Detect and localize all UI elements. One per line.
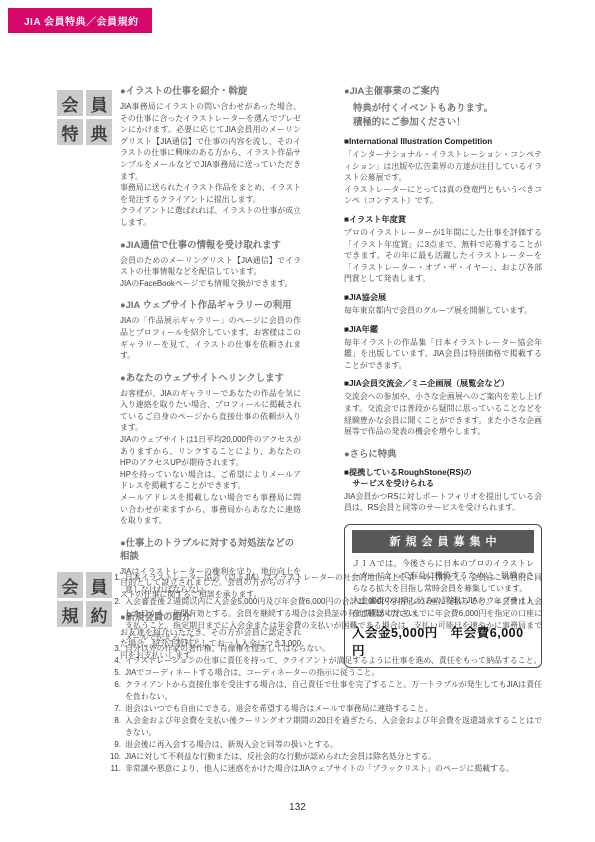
benefit-heading: ●JIA ウェブサイト作品ギャラリーの利用 — [120, 298, 301, 311]
benefit-heading: ●イラストの仕事を紹介・斡旋 — [120, 84, 301, 97]
rule-item: 4. イラストレーションの仕事に責任を持って、クライアントが満足するように仕事を… — [104, 655, 542, 667]
benefits-section-label: 会 員 特 典 — [57, 90, 112, 145]
rule-item: 7. 退会はいつでも自由にできる。退会を希望する場合はメールで事務局に連絡するこ… — [104, 703, 542, 715]
benefit-heading: ●仕事上のトラブルに対する対処法などの相談 — [120, 536, 301, 562]
benefit-heading: ●JIA通信で仕事の情報を受け取れます — [120, 238, 301, 251]
rule-number: 1. — [104, 572, 121, 596]
partner-heading: ■提携しているRoughStone(RS)の サービスを受けられる — [344, 467, 542, 489]
rule-item: 10. JIAに対して不利益な行動または、反社会的な行動が認められた会員は除名処… — [104, 751, 542, 763]
rule-item: 6. クライアントから直接仕事を受注する場合は、自己責任で仕事を完了すること。万… — [104, 679, 542, 703]
rule-text: 入会金および年会費を支払い後クーリングオフ期間の20日を過ぎたら、入会金および年… — [125, 715, 542, 739]
benefit-body: お客様が、JIAのギャラリーであなたの作品を気に入り連絡を取りたい場合、プロフィ… — [120, 388, 301, 527]
rule-text: イラストレーションの仕事に責任を持って、クライアントが満足するように仕事を進め、… — [125, 655, 542, 667]
rule-item: 2. 入会審査後２週間以内に入会金5,000円及び年会費6,000円の合計11,… — [104, 596, 542, 644]
document-page: JIA 会員特典／会員規約 会 員 特 典 ●イラストの仕事を紹介・斡旋 JIA… — [0, 0, 595, 842]
events-intro-sub: 特典が付くイベントもあります。 積極的にご参加ください！ — [353, 101, 542, 129]
event-heading: ■JIA会員交流会／ミニ企画展（展覧会など） — [344, 378, 542, 389]
events-intro-heading: ●JIA主催事業のご案内 — [344, 84, 542, 97]
rule-number: 6. — [104, 679, 121, 703]
rule-text: 日本イラストレーター協会（以下JIA）はイラストレーターの社会的地位向上を第一の… — [125, 572, 542, 596]
recruitment-title-bar: 新規会員募集中 — [352, 530, 534, 553]
rule-number: 9. — [104, 739, 121, 751]
benefits-label-char: 典 — [86, 119, 112, 145]
page-number: 132 — [0, 802, 595, 813]
rule-item: 11. 非常識や悪意により、他人に迷惑をかけた場合はJIAウェブサイトの「ブラッ… — [104, 763, 542, 775]
event-heading: ■International Illustration Competition — [344, 136, 542, 147]
rule-number: 5. — [104, 667, 121, 679]
benefit-body: 会員のためのメーリングリスト【JIA通信】でイラストの仕事情報などを配信していま… — [120, 255, 301, 290]
event-body: プロのイラストレーターが1年間にした仕事を評価する「イラスト年度賞」に3点まで、… — [344, 227, 542, 285]
event-heading: ■JIA年鑑 — [344, 324, 542, 335]
benefit-body: JIA事務局にイラストの問い合わせがあった場合、その仕事に合ったイラストレーター… — [120, 101, 301, 229]
rule-item: 9. 退会後に再入会する場合は、新規入会と同等の扱いとする。 — [104, 739, 542, 751]
benefit-body: JIAの「作品展示ギャラリー」のページに会員の作品とプロフィールを紹介しています… — [120, 315, 301, 361]
rule-number: 10. — [104, 751, 121, 763]
rule-item: 8. 入会金および年会費を支払い後クーリングオフ期間の20日を過ぎたら、入会金お… — [104, 715, 542, 739]
event-body: 「インターナショナル・イラストレーション・コンペティション」は出版や広告業界の方… — [344, 149, 542, 207]
rule-number: 8. — [104, 715, 121, 739]
rule-number: 11. — [104, 763, 121, 775]
rule-number: 7. — [104, 703, 121, 715]
event-heading: ■JIA協会展 — [344, 292, 542, 303]
rule-text: JIAでコーディネートする場合は、コーディネーターの指示に従うこと。 — [125, 667, 542, 679]
rule-number: 2. — [104, 596, 121, 644]
benefits-label-char: 特 — [57, 119, 83, 145]
event-body: 毎年東京都内で会員のグループ展を開催しています。 — [344, 305, 542, 317]
event-body: 毎年イラストの作品集「日本イラストレーター協会年鑑」を出版しています。JIA会員… — [344, 337, 542, 372]
rule-text: 入会審査後２週間以内に入会金5,000円及び年会費6,000円の合計11,000… — [125, 596, 542, 644]
more-benefits-heading: ●さらに特典 — [344, 447, 542, 460]
rule-text: 自分以外の作家の著作権、肖像権を侵害してはならない。 — [125, 643, 542, 655]
rule-number: 4. — [104, 655, 121, 667]
benefits-label-char: 会 — [57, 90, 83, 116]
rule-text: クライアントから直接仕事を受注する場合は、自己責任で仕事を完了すること。万一トラ… — [125, 679, 542, 703]
benefits-label-char: 員 — [86, 90, 112, 116]
rules-label-char: 会 — [57, 572, 83, 598]
event-body: 交流会への参加や、小さな企画展へのご案内を差し上げます。交流会では普段から疑問に… — [344, 391, 542, 437]
rules-list: 1. 日本イラストレーター協会（以下JIA）はイラストレーターの社会的地位向上を… — [104, 572, 542, 774]
rule-item: 5. JIAでコーディネートする場合は、コーディネーターの指示に従うこと。 — [104, 667, 542, 679]
rule-text: 退会はいつでも自由にできる。退会を希望する場合はメールで事務局に連絡すること。 — [125, 703, 542, 715]
rule-item: 3. 自分以外の作家の著作権、肖像権を侵害してはならない。 — [104, 643, 542, 655]
rule-text: JIAに対して不利益な行動または、反社会的な行動が認められた会員は除名処分とする… — [125, 751, 542, 763]
rule-item: 1. 日本イラストレーター協会（以下JIA）はイラストレーターの社会的地位向上を… — [104, 572, 542, 596]
page-header-badge: JIA 会員特典／会員規約 — [8, 8, 152, 33]
rule-number: 3. — [104, 643, 121, 655]
event-heading: ■イラスト年度賞 — [344, 214, 542, 225]
rules-label-char: 規 — [57, 601, 83, 627]
benefit-heading: ●あなたのウェブサイトへリンクします — [120, 371, 301, 384]
rule-text: 退会後に再入会する場合は、新規入会と同等の扱いとする。 — [125, 739, 542, 751]
rule-text: 非常識や悪意により、他人に迷惑をかけた場合はJIAウェブサイトの「ブラックリスト… — [125, 763, 542, 775]
partner-body: JIA会員かつRSに対しポートフォリオを提出している会員は、RS会員と同等のサー… — [344, 491, 542, 514]
